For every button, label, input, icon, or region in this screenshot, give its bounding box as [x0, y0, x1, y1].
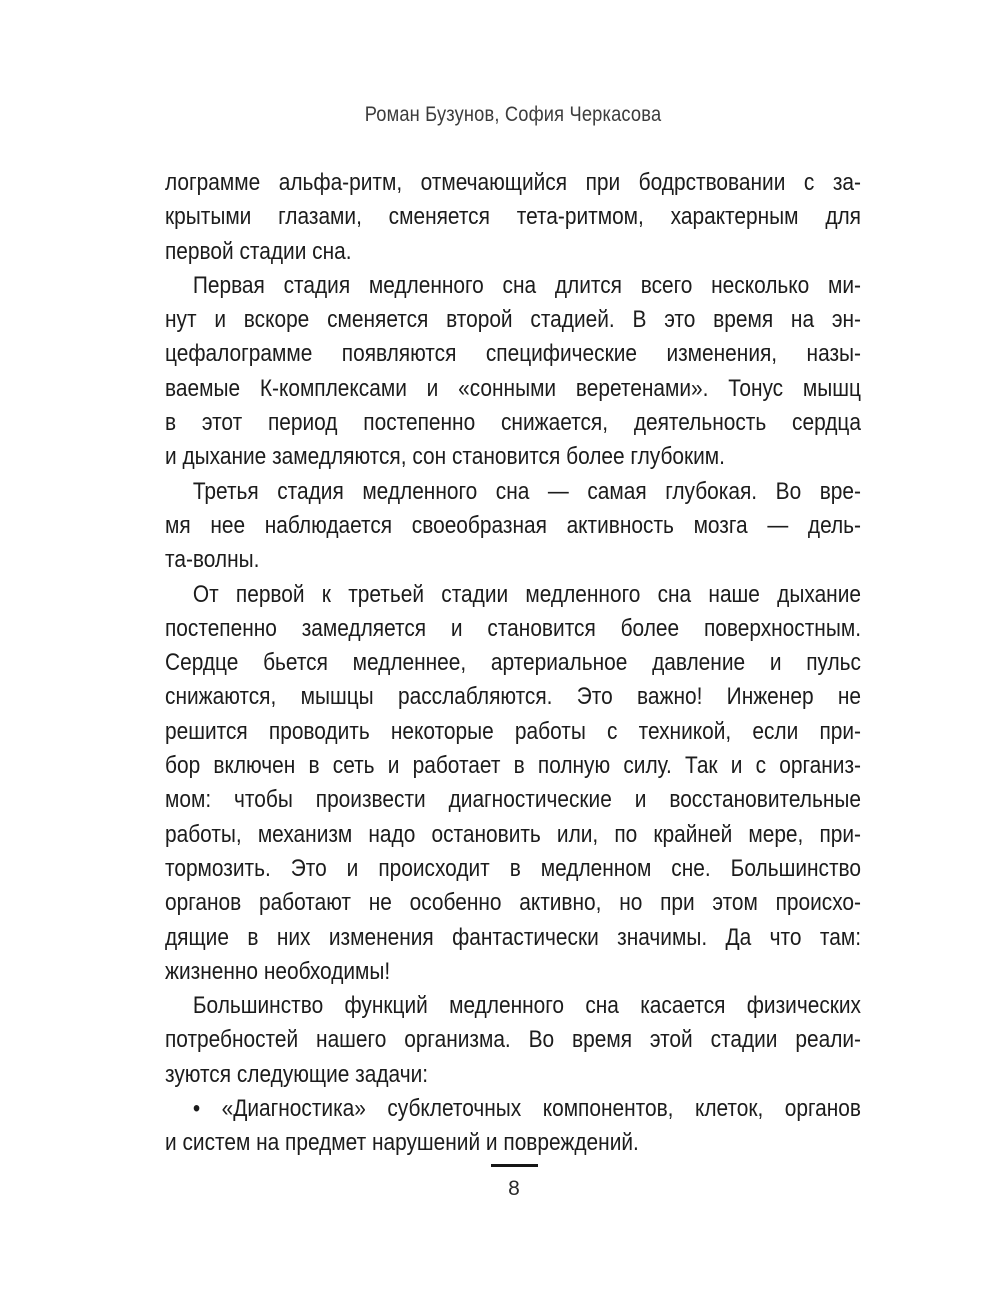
text-line: дящие в них изменения фантастически знач… [165, 921, 861, 955]
text-line: Сердце бьется медленнее, артериальное да… [165, 646, 861, 680]
text-line: первой стадии сна. [165, 235, 861, 269]
text-line: Третья стадия медленного сна — самая глу… [165, 475, 861, 509]
text-line: Первая стадия медленного сна длится всег… [165, 269, 861, 303]
text-line: тормозить. Это и происходит в медленном … [165, 852, 861, 886]
text-line: Большинство функций медленного сна касае… [165, 989, 861, 1023]
text-line: и дыхание замедляются, сон становится бо… [165, 440, 861, 474]
text-line: От первой к третьей стадии медленного сн… [165, 578, 861, 612]
text-line: органов работают не особенно активно, но… [165, 886, 861, 920]
text-line: • «Диагностика» субклеточных компонентов… [165, 1092, 861, 1126]
text-line: зуются следующие задачи: [165, 1058, 861, 1092]
text-line: жизненно необходимы! [165, 955, 861, 989]
footer-rule [491, 1164, 538, 1167]
book-page: Роман Бузунов, София Черкасова лограмме … [0, 0, 986, 1299]
text-line: мя нее наблюдается своеобразная активнос… [165, 509, 861, 543]
text-line: ваемые К-комплексами и «сонными веретена… [165, 372, 861, 406]
text-line: нут и вскоре сменяется второй стадией. В… [165, 303, 861, 337]
text-line: работы, механизм надо остановить или, по… [165, 818, 861, 852]
text-line: бор включен в сеть и работает в полную с… [165, 749, 861, 783]
page-body: лограмме альфа-ритм, отмечающийся при бо… [165, 166, 861, 1161]
text-line: цефалограмме появляются специфические из… [165, 337, 861, 371]
text-line: снижаются, мышцы расслабляются. Это важн… [165, 680, 861, 714]
text-line: потребностей нашего организма. Во время … [165, 1023, 861, 1057]
page-number: 8 [474, 1176, 554, 1202]
text-line: и систем на предмет нарушений и поврежде… [165, 1126, 861, 1160]
text-line: лограмме альфа-ритм, отмечающийся при бо… [165, 166, 861, 200]
text-line: в этот период постепенно снижается, деят… [165, 406, 861, 440]
text-line: крытыми глазами, сменяется тета-ритмом, … [165, 200, 861, 234]
text-line: та-волны. [165, 543, 861, 577]
text-line: мом: чтобы произвести диагностические и … [165, 783, 861, 817]
running-head-authors: Роман Бузунов, София Черкасова [165, 102, 861, 128]
text-line: решится проводить некоторые работы с тех… [165, 715, 861, 749]
text-line: постепенно замедляется и становится боле… [165, 612, 861, 646]
